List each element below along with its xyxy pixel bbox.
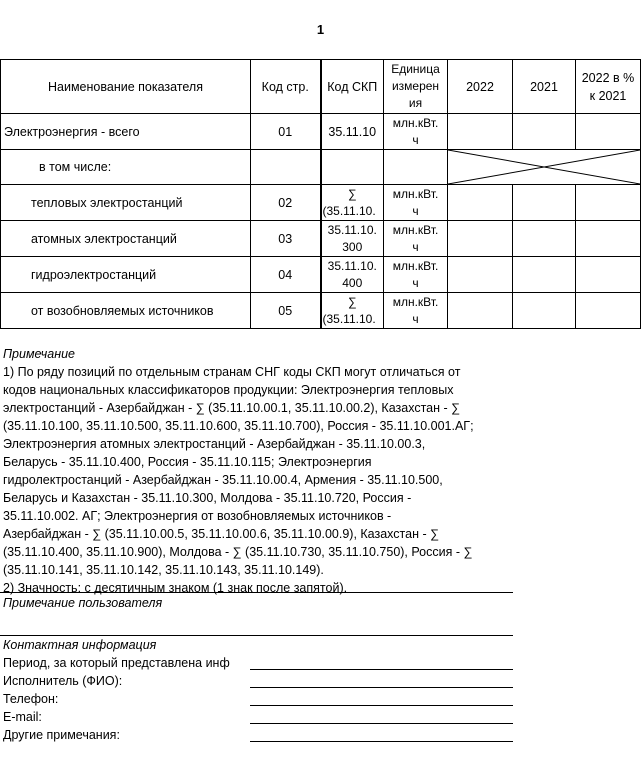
cell-2021[interactable] xyxy=(513,114,576,150)
skp-line: 300 xyxy=(322,239,384,256)
table-row: от возобновляемых источников 05 ∑ (35.11… xyxy=(1,293,641,329)
row-name: тепловых электростанций xyxy=(1,185,251,221)
skp-line: ∑ xyxy=(322,294,384,311)
cell-2021[interactable] xyxy=(513,257,576,293)
row-name: от возобновляемых источников xyxy=(1,293,251,329)
header-pct-line: к 2021 xyxy=(576,87,640,105)
row-skp: 35.11.10. 400 xyxy=(321,257,384,293)
cell-pct[interactable] xyxy=(576,221,641,257)
note-line: электростанций - Азербайджан - ∑ (35.11.… xyxy=(3,399,513,417)
crossed-out-cell xyxy=(448,150,641,185)
cross-out-icon xyxy=(448,150,640,184)
table-row: гидроэлектростанций 04 35.11.10. 400 млн… xyxy=(1,257,641,293)
row-skp xyxy=(321,150,384,185)
table-row: атомных электростанций 03 35.11.10. 300 … xyxy=(1,221,641,257)
row-code: 02 xyxy=(251,185,321,221)
skp-line: (35.11.10. xyxy=(322,311,384,328)
cell-pct[interactable] xyxy=(576,293,641,329)
note-line: Азербайджан - ∑ (35.11.10.00.5, 35.11.10… xyxy=(3,525,513,543)
cell-pct[interactable] xyxy=(576,257,641,293)
field-label-other: Другие примечания: xyxy=(3,726,120,744)
row-unit: млн.кВт. ч xyxy=(384,185,448,221)
cell-2021[interactable] xyxy=(513,185,576,221)
unit-line: ч xyxy=(384,239,447,256)
row-code: 03 xyxy=(251,221,321,257)
note-line: 35.11.10.002. АГ; Электроэнергия от возо… xyxy=(3,507,513,525)
page-number: 1 xyxy=(0,22,641,37)
cell-2021[interactable] xyxy=(513,293,576,329)
cell-pct[interactable] xyxy=(576,185,641,221)
unit-line: млн.кВт. xyxy=(384,222,447,239)
unit-line: млн.кВт. xyxy=(384,258,447,275)
cell-2022[interactable] xyxy=(448,185,513,221)
field-label-period: Период, за который представлена инф xyxy=(3,654,230,672)
row-name: атомных электростанций xyxy=(1,221,251,257)
contact-title: Контактная информация xyxy=(3,636,156,654)
skp-line: 35.11.10. xyxy=(322,258,384,275)
header-row-code: Код стр. xyxy=(251,60,321,114)
row-name: Электроэнергия - всего xyxy=(1,114,251,150)
note-line: Электроэнергия атомных электростанций - … xyxy=(3,435,513,453)
table-row: в том числе: xyxy=(1,150,641,185)
skp-line: ∑ xyxy=(322,186,384,203)
header-unit: Единица измерен ия xyxy=(384,60,448,114)
divider xyxy=(0,592,513,593)
field-label-email: E-mail: xyxy=(3,708,42,726)
note-line: кодов национальных классификаторов проду… xyxy=(3,381,513,399)
header-unit-line: Единица xyxy=(384,61,447,78)
row-skp: ∑ (35.11.10. xyxy=(321,185,384,221)
user-note-title: Примечание пользователя xyxy=(3,594,162,612)
cell-2022[interactable] xyxy=(448,114,513,150)
row-unit xyxy=(384,150,448,185)
header-unit-line: измерен xyxy=(384,78,447,95)
row-code xyxy=(251,150,321,185)
cell-2021[interactable] xyxy=(513,221,576,257)
unit-line: ч xyxy=(384,132,447,149)
row-unit: млн.кВт. ч xyxy=(384,221,448,257)
note-line: (35.11.10.141, 35.11.10.142, 35.11.10.14… xyxy=(3,561,513,579)
note-line: гидролектростанций - Азербайджан - 35.11… xyxy=(3,471,513,489)
row-skp: ∑ (35.11.10. xyxy=(321,293,384,329)
row-name: гидроэлектростанций xyxy=(1,257,251,293)
header-pct-line: 2022 в % xyxy=(576,69,640,87)
skp-line: 35.11.10. xyxy=(322,222,384,239)
unit-line: ч xyxy=(384,311,447,328)
unit-line: млн.кВт. xyxy=(384,186,447,203)
header-unit-line: ия xyxy=(384,95,447,112)
unit-line: ч xyxy=(384,275,447,292)
indicators-table: Наименование показателя Код стр. Код СКП… xyxy=(0,59,641,329)
row-unit: млн.кВт. ч xyxy=(384,114,448,150)
notes-section: Примечание 1) По ряду позиций по отдельн… xyxy=(3,345,513,597)
header-name: Наименование показателя xyxy=(1,60,251,114)
period-field[interactable] xyxy=(250,669,513,670)
cell-pct[interactable] xyxy=(576,114,641,150)
skp-line: 400 xyxy=(322,275,384,292)
row-unit: млн.кВт. ч xyxy=(384,257,448,293)
note-line: Беларусь - 35.11.10.400, Россия - 35.11.… xyxy=(3,453,513,471)
header-2022: 2022 xyxy=(448,60,513,114)
table-row: Электроэнергия - всего 01 35.11.10 млн.к… xyxy=(1,114,641,150)
row-code: 05 xyxy=(251,293,321,329)
table-row: тепловых электростанций 02 ∑ (35.11.10. … xyxy=(1,185,641,221)
header-pct: 2022 в % к 2021 xyxy=(576,60,641,114)
row-name: в том числе: xyxy=(1,150,251,185)
row-unit: млн.кВт. ч xyxy=(384,293,448,329)
note-line: (35.11.10.100, 35.11.10.500, 35.11.10.60… xyxy=(3,417,513,435)
executor-field[interactable] xyxy=(250,687,513,688)
row-skp: 35.11.10. 300 xyxy=(321,221,384,257)
field-label-phone: Телефон: xyxy=(3,690,58,708)
phone-field[interactable] xyxy=(250,705,513,706)
field-label-executor: Исполнитель (ФИО): xyxy=(3,672,122,690)
row-code: 01 xyxy=(251,114,321,150)
note-line: Беларусь и Казахстан - 35.11.10.300, Мол… xyxy=(3,489,513,507)
note-line: (35.11.10.400, 35.11.10.900), Молдова - … xyxy=(3,543,513,561)
unit-line: ч xyxy=(384,203,447,220)
header-skp-code: Код СКП xyxy=(321,60,384,114)
other-notes-field[interactable] xyxy=(250,741,513,742)
notes-title: Примечание xyxy=(3,345,513,363)
unit-line: млн.кВт. xyxy=(384,294,447,311)
unit-line: млн.кВт. xyxy=(384,115,447,132)
cell-2022[interactable] xyxy=(448,257,513,293)
table-header-row: Наименование показателя Код стр. Код СКП… xyxy=(1,60,641,114)
header-2021: 2021 xyxy=(513,60,576,114)
skp-line: (35.11.10. xyxy=(322,203,384,220)
cell-2022[interactable] xyxy=(448,221,513,257)
email-field[interactable] xyxy=(250,723,513,724)
note-line: 1) По ряду позиций по отдельным странам … xyxy=(3,363,513,381)
row-code: 04 xyxy=(251,257,321,293)
cell-2022[interactable] xyxy=(448,293,513,329)
row-skp: 35.11.10 xyxy=(321,114,384,150)
